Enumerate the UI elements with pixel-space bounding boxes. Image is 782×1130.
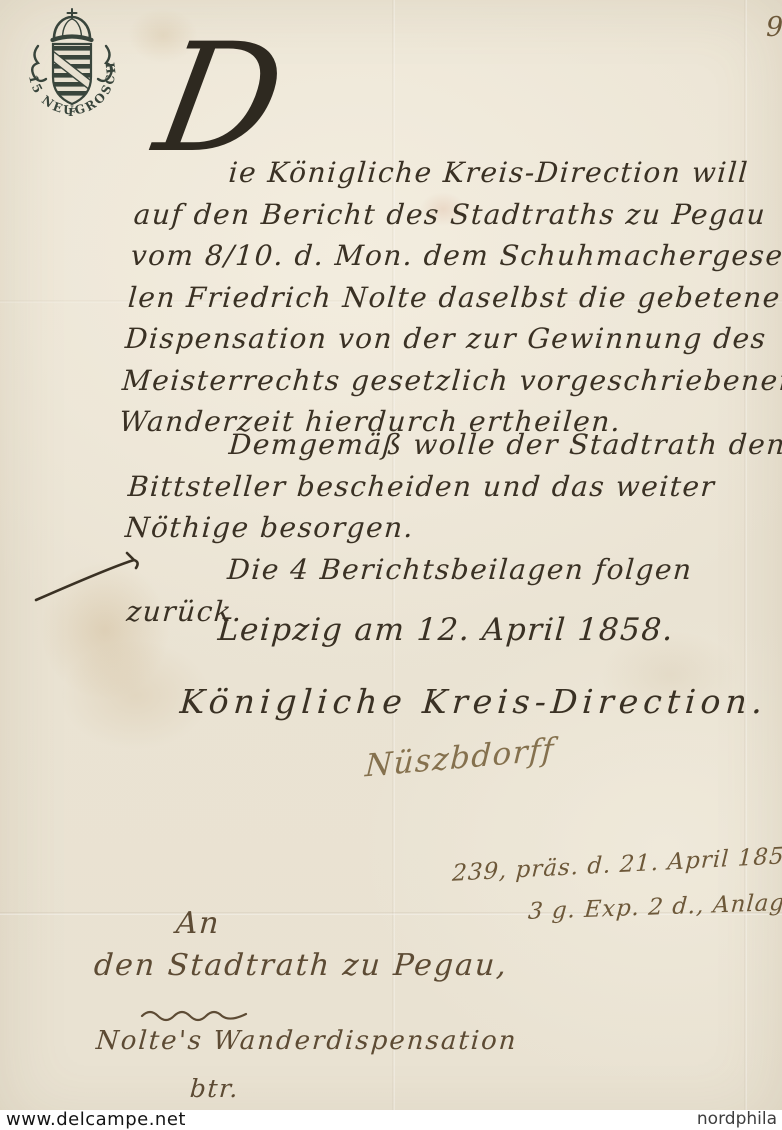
registry-note-line-2: 3 g. Exp. 2 d., Anlag ü bbox=[527, 889, 782, 925]
watermark-delcampe: www.delcampe.net bbox=[6, 1109, 186, 1130]
letter-line: len Friedrich Nolte daselbst die gebeten… bbox=[127, 277, 782, 319]
watermark-nordphila: nordphila bbox=[697, 1109, 777, 1129]
coat-of-arms-stamp: 15 NEUGROSCHEN F bbox=[20, 6, 124, 140]
address-subject: Nolte's Wanderdispensation bbox=[95, 1026, 519, 1056]
crown-icon bbox=[53, 9, 92, 40]
letter-line: auf den Bericht des Stadtraths zu Pegau bbox=[132, 194, 782, 236]
letter-line: Dispensation von der zur Gewinnung des bbox=[124, 318, 782, 360]
address-salutation: An bbox=[175, 906, 221, 941]
letter-line: Demgemäß wolle der Stadtrath den bbox=[129, 424, 782, 466]
letter-line: Die 4 Berichtsbeilagen folgen bbox=[128, 549, 782, 591]
body-paragraph-1: ie Königliche Kreis-Direction will auf d… bbox=[118, 152, 782, 443]
margin-flourish bbox=[28, 548, 146, 610]
letter-line: vom 8/10. d. Mon. dem Schuhmachergesel- bbox=[129, 235, 782, 277]
dateline: Leipzig am 12. April 1858. bbox=[217, 612, 676, 648]
watermark-bar: www.delcampe.net nordphila bbox=[0, 1110, 782, 1130]
address-recipient: den Stadtrath zu Pegau, bbox=[93, 948, 509, 983]
stamp-letter: F bbox=[68, 106, 76, 119]
letter-line: Nöthige besorgen. bbox=[124, 507, 782, 549]
page-number: 9 bbox=[766, 12, 782, 43]
registry-note-line-1: 239, präs. d. 21. April 185 bbox=[452, 843, 782, 887]
signature: Nüszbdorff bbox=[349, 730, 570, 785]
letter-line: Meisterrechts gesetzlich vorgeschriebene… bbox=[121, 360, 782, 402]
letter-line: ie Königliche Kreis-Direction will bbox=[135, 152, 782, 194]
flourish-underline bbox=[138, 1006, 250, 1022]
body-paragraph-2: Demgemäß wolle der Stadtrath den Bittste… bbox=[124, 424, 782, 549]
address-abbreviation: btr. bbox=[189, 1074, 240, 1103]
sender-line: Königliche Kreis-Direction. bbox=[179, 682, 769, 721]
letter-line: Bittsteller bescheiden und das weiter bbox=[127, 466, 782, 508]
letter-scan: 15 NEUGROSCHEN F 9 D ie Königliche Kreis… bbox=[0, 0, 782, 1130]
